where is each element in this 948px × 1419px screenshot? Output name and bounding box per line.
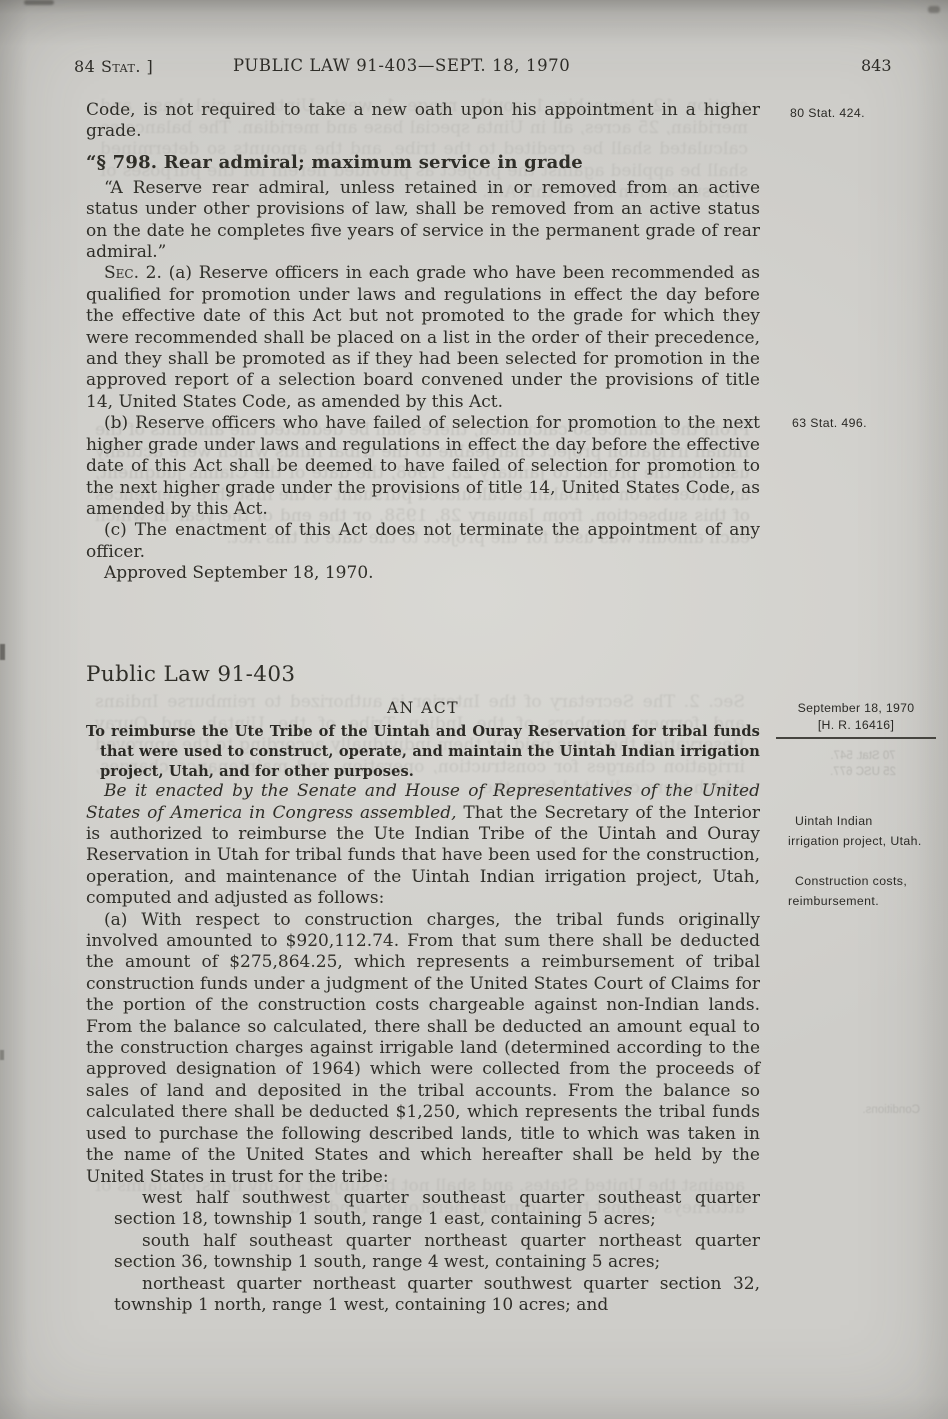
section-2a-paragraph: Sec. 2. (a) Reserve officers in each gra… (86, 263, 760, 413)
land-description-3: northeast quarter northeast quarter sout… (86, 1274, 760, 1317)
page-number: 843 (861, 56, 892, 75)
scan-smudge (928, 6, 940, 13)
section-2a-text: (a) Reserve officers in each grade who h… (86, 263, 760, 411)
section-2-label: Sec. 2. (104, 263, 162, 283)
act-caption: AN ACT (86, 698, 760, 719)
section-798-paragraph: “A Reserve rear admiral, unless retained… (86, 178, 760, 264)
statute-text-column-2: Public Law 91-403 AN ACT To reimburse th… (86, 662, 760, 1316)
land-description-2: south half southeast quarter northeast q… (86, 1231, 760, 1274)
section-2c-paragraph: (c) The enactment of this Act does not t… (86, 520, 760, 563)
margin-note-construction-costs: Construction costs, reimbursement. (788, 872, 926, 911)
running-head-title: PUBLIC LAW 91-403—SEPT. 18, 1970 (233, 56, 570, 75)
scan-smudge (24, 0, 54, 5)
showthrough-margin-note: Conditions. (796, 1102, 920, 1118)
enacting-clause-paragraph: Be it enacted by the Senate and House of… (86, 781, 760, 909)
section-2b-paragraph: (b) Reserve officers who have failed of … (86, 413, 760, 520)
scan-smudge (0, 644, 5, 660)
subsection-a-paragraph: (a) With respect to construction charges… (86, 910, 760, 1188)
statute-text-column-1: Code, is not required to take a new oath… (86, 100, 760, 585)
scan-smudge (0, 1050, 4, 1060)
section-798-heading: “§ 798. Rear admiral; maximum service in… (86, 152, 760, 174)
margin-note-date: September 18, 1970 (776, 700, 936, 717)
margin-rule (776, 737, 936, 739)
approval-line: Approved September 18, 1970. (86, 563, 760, 584)
scanned-statute-page: section 12, township 1 south, range 1 we… (0, 0, 948, 1419)
margin-note-80-stat-424: 80 Stat. 424. (790, 104, 865, 123)
showthrough-margin-note: 70 Stat. 547. 25 USC 677. (790, 748, 936, 780)
margin-note-63-stat-496: 63 Stat. 496. (792, 414, 867, 433)
margin-note-irrigation-project: Uintah Indian irrigation project, Utah. (788, 812, 926, 851)
carryover-paragraph: Code, is not required to take a new oath… (86, 100, 760, 143)
land-description-1: west half southwest quarter southeast qu… (86, 1188, 760, 1231)
margin-note-date-and-bill: September 18, 1970 [H. R. 16416] (776, 700, 936, 733)
act-long-title: To reimburse the Ute Tribe of the Uintah… (86, 722, 760, 781)
margin-note-bill-number: [H. R. 16416] (776, 717, 936, 734)
running-head-volume: 84 Stat. ] (74, 57, 153, 76)
public-law-heading: Public Law 91-403 (86, 662, 760, 688)
